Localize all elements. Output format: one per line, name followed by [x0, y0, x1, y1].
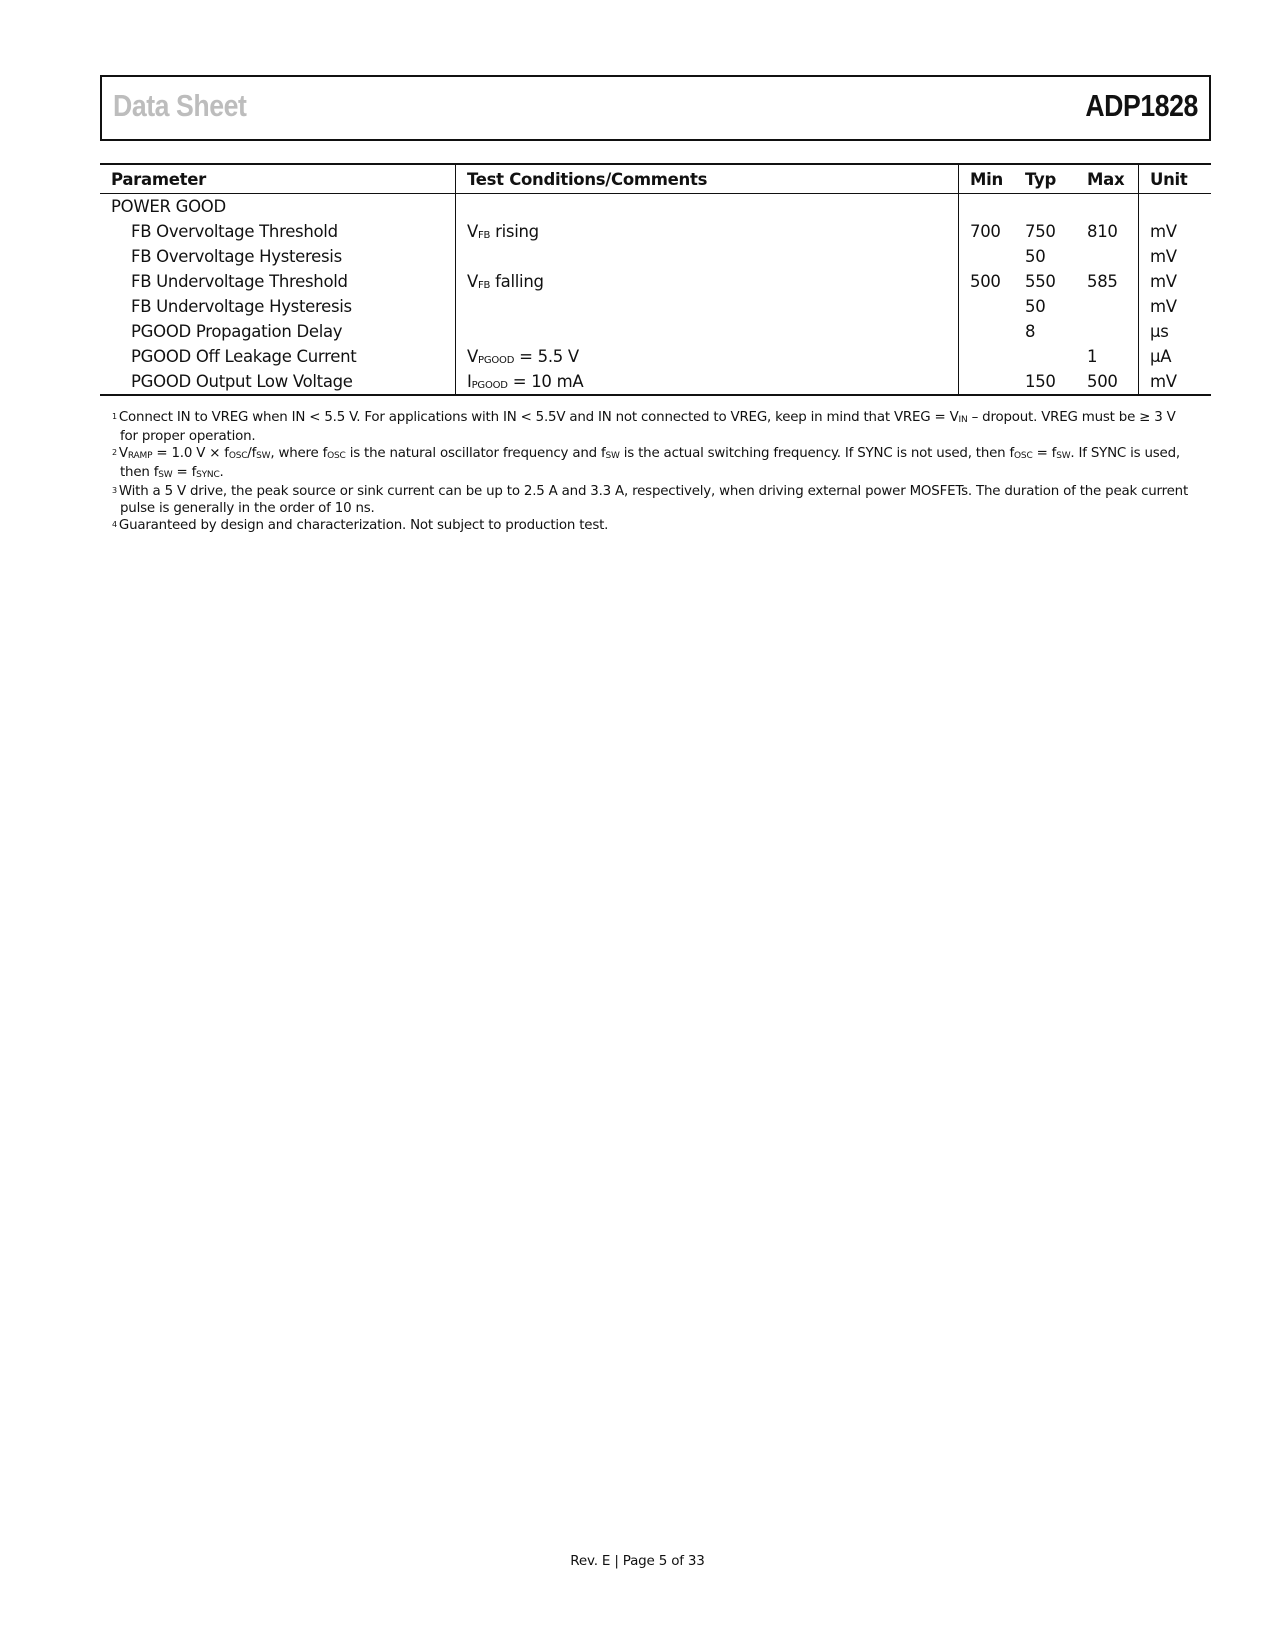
- test-condition-cell: [456, 244, 959, 269]
- typ-value-cell: 50: [1014, 294, 1076, 319]
- condition-text: = 10 mA: [508, 372, 584, 391]
- parameter-cell: FB Undervoltage Threshold: [100, 269, 456, 294]
- footnote-marker: 4: [112, 520, 117, 529]
- footnote-4: 4Guaranteed by design and characterizati…: [112, 517, 1192, 534]
- condition-text: falling: [490, 272, 543, 291]
- page-header: Data Sheet ADP1828: [100, 75, 1211, 141]
- condition-subscript: PGOOD: [478, 355, 514, 366]
- parameter-cell: FB Undervoltage Hysteresis: [100, 294, 456, 319]
- test-condition-cell: VFB rising: [456, 219, 959, 244]
- condition-text: = 5.5 V: [514, 347, 579, 366]
- typ-value-cell: 50: [1014, 244, 1076, 269]
- min-value-cell: [959, 369, 1015, 395]
- table-header-row: Parameter Test Conditions/Comments Min T…: [100, 164, 1211, 194]
- min-value-cell: [959, 344, 1015, 369]
- table-row: FB Overvoltage Hysteresis50mV: [100, 244, 1211, 269]
- table-section-row: POWER GOOD: [100, 194, 1211, 220]
- test-condition-cell: [456, 319, 959, 344]
- unit-cell: mV: [1139, 219, 1212, 244]
- unit-cell: µA: [1139, 344, 1212, 369]
- condition-symbol: V: [467, 347, 478, 366]
- typ-value-cell: 8: [1014, 319, 1076, 344]
- footnote-marker: 2: [112, 448, 117, 457]
- min-value-cell: [959, 294, 1015, 319]
- footnote-3: 3With a 5 V drive, the peak source or si…: [112, 483, 1192, 517]
- condition-subscript: FB: [478, 280, 490, 291]
- condition-symbol: I: [467, 372, 472, 391]
- condition-subscript: FB: [478, 230, 490, 241]
- column-header-test-conditions: Test Conditions/Comments: [456, 164, 959, 194]
- column-header-typ: Typ: [1014, 164, 1076, 194]
- table-row: FB Undervoltage ThresholdVFB falling5005…: [100, 269, 1211, 294]
- max-value-cell: 500: [1076, 369, 1139, 395]
- max-value-cell: [1076, 244, 1139, 269]
- test-condition-cell: IPGOOD = 10 mA: [456, 369, 959, 395]
- column-header-min: Min: [959, 164, 1015, 194]
- table-row: PGOOD Off Leakage CurrentVPGOOD = 5.5 V1…: [100, 344, 1211, 369]
- test-condition-cell: VFB falling: [456, 269, 959, 294]
- page-footer: Rev. E | Page 5 of 33: [0, 1553, 1275, 1569]
- parameter-cell: PGOOD Propagation Delay: [100, 319, 456, 344]
- footnote-marker: 3: [112, 486, 117, 495]
- min-value-cell: 500: [959, 269, 1015, 294]
- unit-cell: mV: [1139, 294, 1212, 319]
- unit-cell: mV: [1139, 244, 1212, 269]
- column-header-parameter: Parameter: [100, 164, 456, 194]
- parameter-cell: FB Overvoltage Hysteresis: [100, 244, 456, 269]
- unit-cell: mV: [1139, 269, 1212, 294]
- min-value-cell: 700: [959, 219, 1015, 244]
- max-value-cell: 585: [1076, 269, 1139, 294]
- column-header-max: Max: [1076, 164, 1139, 194]
- parameter-cell: PGOOD Output Low Voltage: [100, 369, 456, 395]
- part-number-title: ADP1828: [1085, 88, 1198, 124]
- condition-symbol: V: [467, 222, 478, 241]
- footnote-2: 2VRAMP = 1.0 V × fOSC/fSW, where fOSC is…: [112, 445, 1192, 483]
- footnote-1: 1Connect IN to VREG when IN < 5.5 V. For…: [112, 409, 1192, 445]
- table-row: FB Undervoltage Hysteresis50mV: [100, 294, 1211, 319]
- max-value-cell: [1076, 319, 1139, 344]
- typ-value-cell: [1014, 344, 1076, 369]
- document-type-title: Data Sheet: [113, 88, 247, 124]
- typ-value-cell: 150: [1014, 369, 1076, 395]
- table-row: PGOOD Output Low VoltageIPGOOD = 10 mA15…: [100, 369, 1211, 395]
- footnote-marker: 1: [112, 412, 117, 421]
- parameter-cell: FB Overvoltage Threshold: [100, 219, 456, 244]
- condition-symbol: V: [467, 272, 478, 291]
- min-value-cell: [959, 244, 1015, 269]
- min-value-cell: [959, 319, 1015, 344]
- typ-value-cell: 550: [1014, 269, 1076, 294]
- unit-cell: mV: [1139, 369, 1212, 395]
- table-row: FB Overvoltage ThresholdVFB rising700750…: [100, 219, 1211, 244]
- max-value-cell: [1076, 294, 1139, 319]
- section-label: POWER GOOD: [100, 194, 456, 220]
- test-condition-cell: [456, 294, 959, 319]
- specifications-table: Parameter Test Conditions/Comments Min T…: [100, 163, 1211, 396]
- max-value-cell: 1: [1076, 344, 1139, 369]
- max-value-cell: 810: [1076, 219, 1139, 244]
- condition-subscript: PGOOD: [472, 380, 508, 391]
- unit-cell: µs: [1139, 319, 1212, 344]
- column-header-unit: Unit: [1139, 164, 1212, 194]
- typ-value-cell: 750: [1014, 219, 1076, 244]
- test-condition-cell: VPGOOD = 5.5 V: [456, 344, 959, 369]
- parameter-cell: PGOOD Off Leakage Current: [100, 344, 456, 369]
- footnotes: 1Connect IN to VREG when IN < 5.5 V. For…: [112, 409, 1192, 534]
- condition-text: rising: [490, 222, 539, 241]
- table-row: PGOOD Propagation Delay8µs: [100, 319, 1211, 344]
